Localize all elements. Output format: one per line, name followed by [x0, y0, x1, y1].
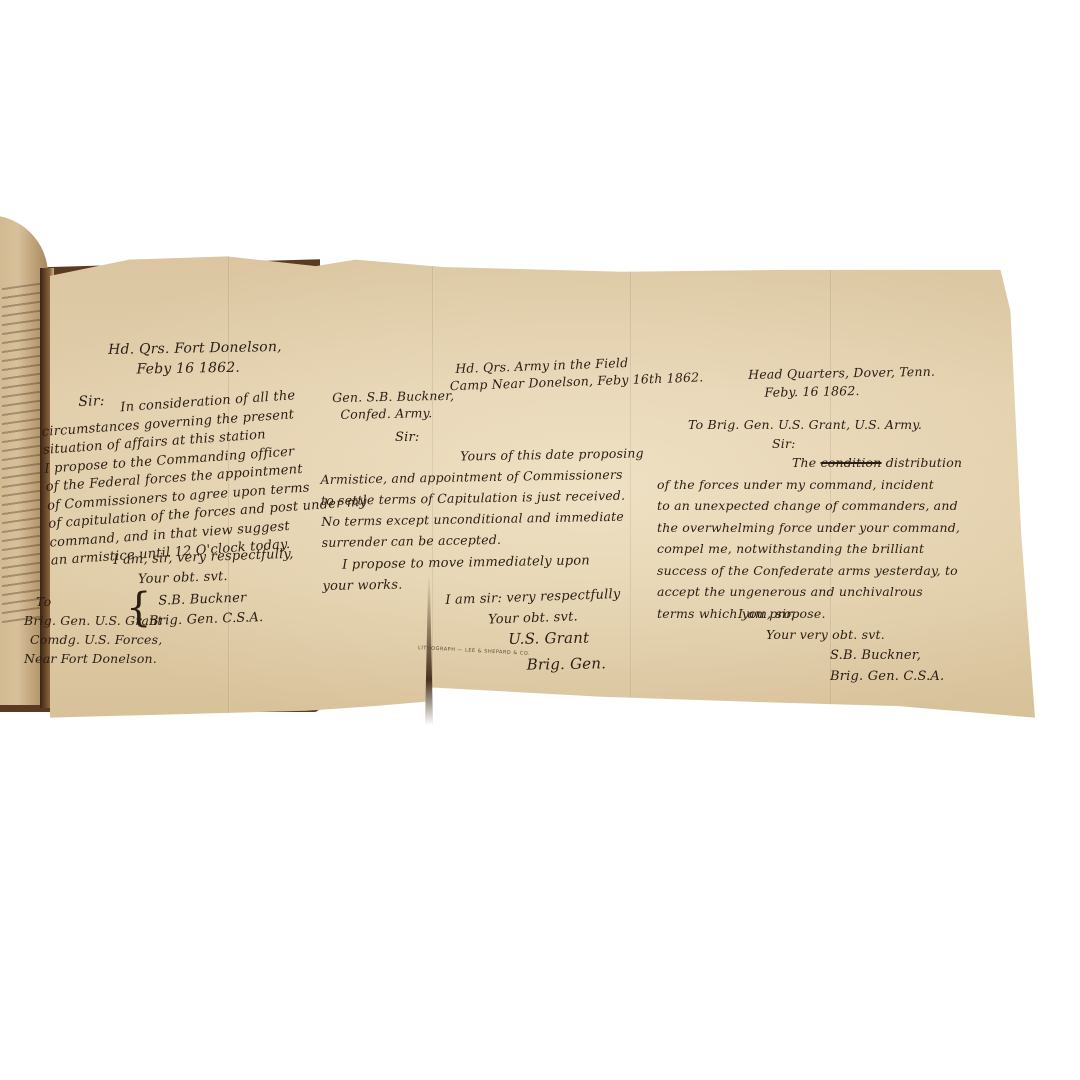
letter1-signature: S.B. Buckner Brig. Gen. C.S.A.: [148, 588, 264, 632]
letter2-body: Yours of this date proposing Armistice, …: [320, 442, 645, 553]
letter1-addressee: To Brig. Gen. U.S. Grant Comdg. U.S. For…: [24, 592, 163, 668]
signature-line: Brig. Gen. C.S.A.: [830, 666, 944, 687]
body-line: to an unexpected change of commanders, a…: [657, 495, 962, 517]
letter2-salutation: Sir:: [395, 428, 419, 448]
body-line: of the forces under my command, incident: [657, 474, 962, 496]
letter3-salutation: Sir:: [772, 434, 796, 454]
signature-line: S.B. Buckner,: [830, 645, 944, 666]
struck-word: condition: [821, 455, 882, 470]
closing-line: I am, sir,: [738, 603, 885, 624]
heading-line: Feby 16 1862.: [108, 357, 282, 380]
letter1-closing: I am, sir, very respectfully, Your obt. …: [85, 545, 295, 592]
addressee-line: To: [24, 592, 163, 611]
closing-line: Your very obt. svt.: [738, 624, 885, 645]
addressee-line: Confed. Army.: [332, 404, 454, 423]
letter3-body: The condition distribution of the forces…: [657, 452, 962, 624]
letter3-heading: Head Quarters, Dover, Tenn. Feby. 16 186…: [748, 363, 936, 402]
addressee-line: Brig. Gen. U.S. Grant: [24, 611, 163, 630]
heading-line: Hd. Qrs. Fort Donelson,: [108, 337, 282, 360]
body-line: compel me, notwithstanding the brilliant: [657, 538, 962, 560]
heading-line: Feby. 16 1862.: [748, 381, 935, 402]
letter3-closing: I am, sir, Your very obt. svt.: [738, 603, 885, 645]
photo-stage: Hd. Qrs. Fort Donelson, Feby 16 1862. Si…: [0, 0, 1080, 1080]
heading-line: Head Quarters, Dover, Tenn.: [748, 363, 935, 384]
body-line: The condition distribution: [792, 455, 962, 470]
letter3-signature: S.B. Buckner, Brig. Gen. C.S.A.: [830, 645, 944, 687]
letter1-heading: Hd. Qrs. Fort Donelson, Feby 16 1862.: [108, 337, 282, 380]
body-line: success of the Confederate arms yesterda…: [657, 560, 962, 582]
addressee-line: Comdg. U.S. Forces,: [24, 630, 163, 649]
letter2-addressee: Gen. S.B. Buckner, Confed. Army.: [332, 387, 455, 423]
addressee-line: Gen. S.B. Buckner,: [332, 387, 454, 406]
body-line: the overwhelming force under your comman…: [657, 517, 962, 539]
signature-line: U.S. Grant: [508, 624, 606, 652]
addressee-line: Near Fort Donelson.: [24, 649, 163, 668]
letter3-addressee: To Brig. Gen. U.S. Grant, U.S. Army.: [688, 415, 922, 435]
signature-line: Brig. Gen. C.S.A.: [149, 608, 264, 632]
body-line: accept the ungenerous and unchivalrous: [657, 581, 962, 603]
